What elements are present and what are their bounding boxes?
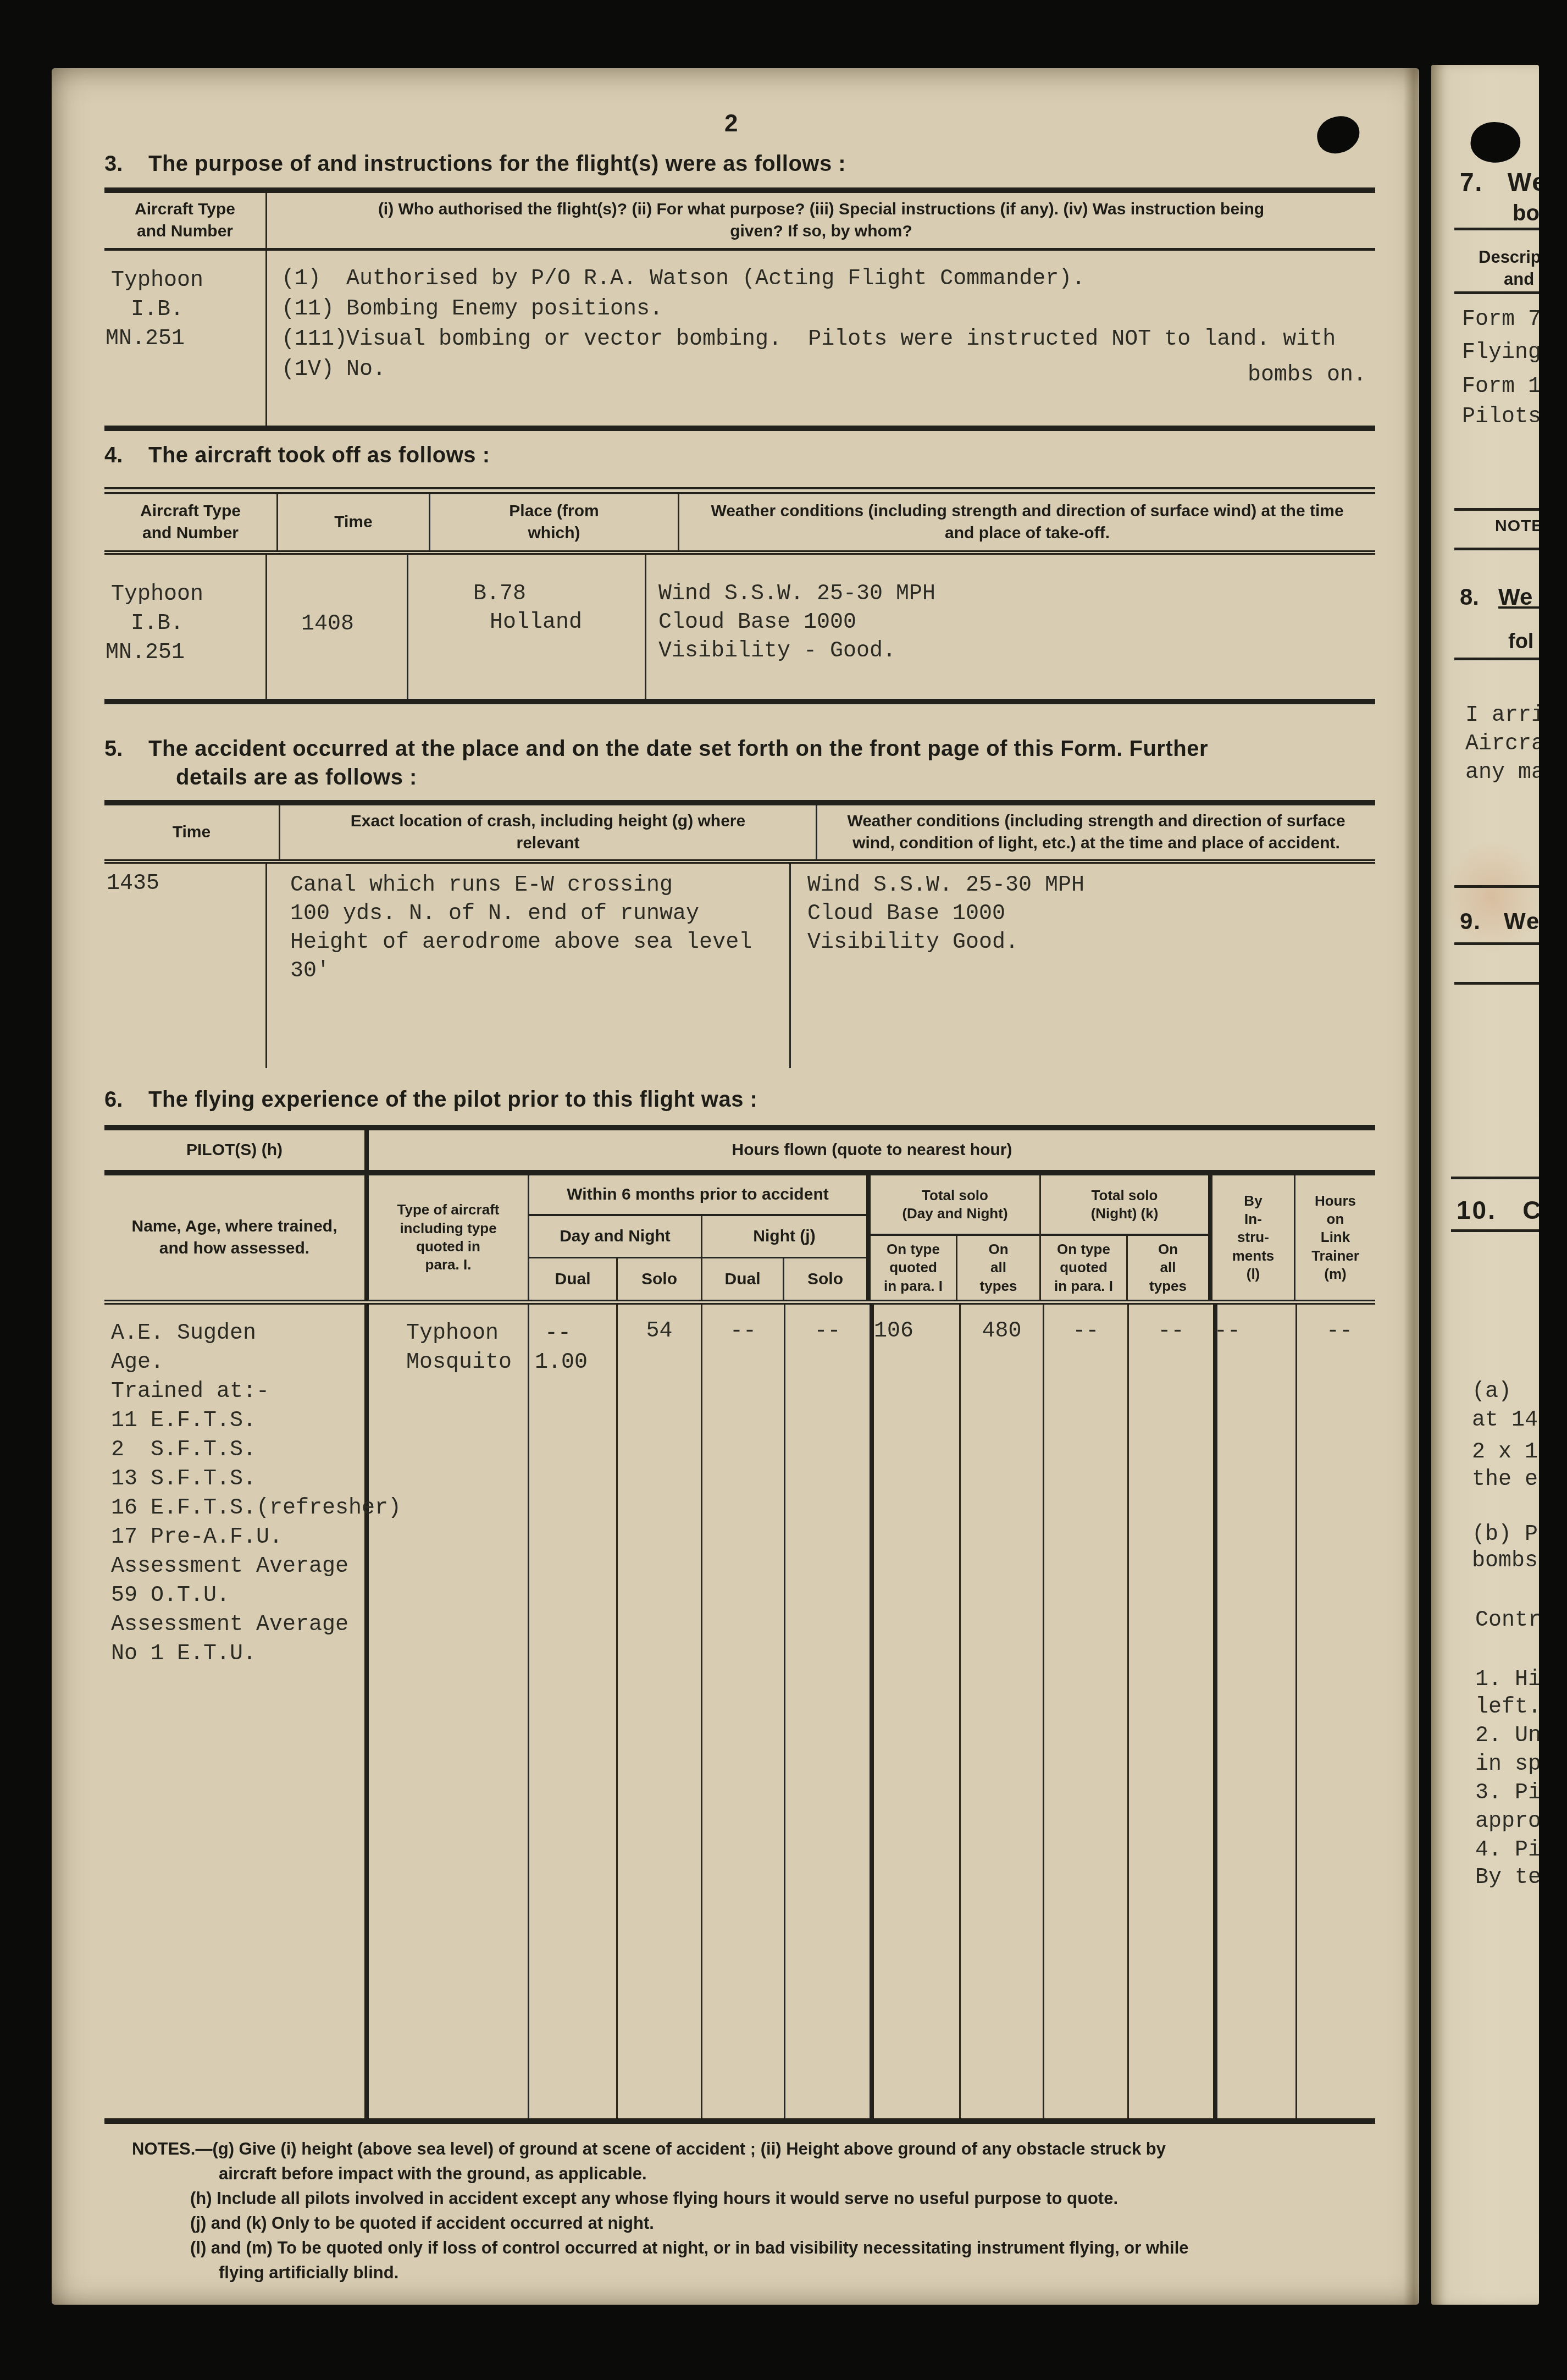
typed-fragment: Form 700 xyxy=(1462,306,1539,334)
adjacent-page-edge: 7. We ( bo Descripti and Form 700 Flying… xyxy=(1431,65,1539,2305)
section5-title-line2: details are as follows : xyxy=(176,765,417,790)
item9-fragment: 9. We ( xyxy=(1460,908,1539,935)
section4-table: Aircraft Type and Number Time Place (fro… xyxy=(104,487,1375,704)
item-text: Bombing Enemy positions. xyxy=(346,297,663,322)
night-dual-value: -- xyxy=(702,1305,785,2118)
section5-table-body: 1435 Canal which runs E-W crossing 100 y… xyxy=(104,864,1375,1068)
pilot-line: Age. xyxy=(104,1348,364,1377)
header-solo: Solo xyxy=(618,1258,701,1300)
section5-table-header: Time Exact location of crash, including … xyxy=(104,805,1375,864)
typed-fragment: (a) T xyxy=(1472,1378,1539,1406)
day-and-night-group: Day and Night Dual Solo xyxy=(529,1216,702,1300)
item-text: Visual bombing or vector bombing. Pilots… xyxy=(346,328,1336,352)
page-number: 2 xyxy=(724,110,738,137)
section5-number: 5. xyxy=(104,737,148,761)
location-line: 100 yds. N. of N. end of runway xyxy=(267,900,789,929)
section4-table-header: Aircraft Type and Number Time Place (fro… xyxy=(104,494,1375,555)
night-solo-value: -- xyxy=(785,1305,874,2118)
location-cell: Canal which runs E-W crossing 100 yds. N… xyxy=(267,864,791,1068)
item-tag: (111) xyxy=(281,328,346,352)
pilot-name-cell: A.E. Sugden Age. Trained at:- 11 E.F.T.S… xyxy=(104,1305,369,2118)
section4-heading: 4. The aircraft took off as follows : xyxy=(104,443,490,468)
aircraft-serial: MN.251 xyxy=(104,324,265,354)
rule xyxy=(1451,1177,1539,1179)
section6-title: The flying experience of the pilot prior… xyxy=(148,1087,757,1112)
typed-fragment: By tes xyxy=(1475,1864,1539,1892)
pilot-data-row: A.E. Sugden Age. Trained at:- 11 E.F.T.S… xyxy=(104,1305,1375,2118)
header-total-solo-night: Total solo (Night) (k) xyxy=(1041,1175,1208,1236)
location-line: 30' xyxy=(267,957,789,986)
header-hours-flown: Hours flown (quote to nearest hour) xyxy=(369,1130,1375,1170)
weather-line: Cloud Base 1000 xyxy=(646,609,1375,637)
within-6-months-group: Within 6 months prior to accident Day an… xyxy=(529,1175,871,1300)
night-group: Night (j) Dual Solo xyxy=(702,1216,866,1300)
header-name-age: Name, Age, where trained, and how assess… xyxy=(104,1175,369,1300)
header-dual: Dual xyxy=(529,1258,618,1300)
typed-fragment: 2 x 100 xyxy=(1472,1438,1539,1466)
pilot-line: No 1 E.T.U. xyxy=(104,1639,364,1669)
total-solo-night-group: Total solo (Night) (k) On type quoted in… xyxy=(1041,1175,1212,1300)
aircraft-mark: I.B. xyxy=(104,609,265,638)
header-type-of-aircraft: Type of aircraft including type quoted i… xyxy=(369,1175,529,1300)
header-on-all-types: On all types xyxy=(957,1236,1039,1300)
note-line: NOTES.—(g) Give (i) height (above sea le… xyxy=(132,2136,1336,2161)
item7-fragment: 7. We ( xyxy=(1460,167,1539,197)
section5-heading: 5. The accident occurred at the place an… xyxy=(104,737,1208,761)
section3-title: The purpose of and instructions for the … xyxy=(148,152,846,176)
rule xyxy=(1454,658,1539,660)
type-line: Typhoon xyxy=(369,1319,528,1348)
section4-number: 4. xyxy=(104,443,148,468)
header-on-type: On type quoted in para. I xyxy=(871,1236,957,1300)
typed-fragment: 1. His xyxy=(1475,1666,1539,1694)
typed-fragment: approac xyxy=(1475,1808,1539,1836)
pilot-line: 13 S.F.T.S. xyxy=(104,1465,364,1494)
typed-fragment: bombs) xyxy=(1472,1547,1539,1575)
pilot-line: 2 S.F.T.S. xyxy=(104,1435,364,1465)
rule xyxy=(1451,1229,1539,1232)
total-on-type-value: 106 xyxy=(874,1305,961,2118)
instruction-item: (111) Visual bombing or vector bombing. … xyxy=(281,328,1375,352)
weather-cell: Wind S.S.W. 25-30 MPH Cloud Base 1000 Vi… xyxy=(791,864,1375,1068)
typed-fragment: 3. Pilo xyxy=(1475,1779,1539,1807)
item8-underlined: We ( xyxy=(1498,584,1539,610)
dual-value: -- xyxy=(529,1319,616,1348)
header-time: Time xyxy=(104,805,280,859)
typed-fragment: in spi xyxy=(1475,1751,1539,1779)
typed-fragment: Aircraf xyxy=(1465,730,1539,758)
section6-number: 6. xyxy=(104,1087,148,1112)
accident-time: 1435 xyxy=(104,871,265,896)
pilot-line: A.E. Sugden xyxy=(104,1319,364,1348)
section5-table: Time Exact location of crash, including … xyxy=(104,800,1375,1068)
section5-title-line1: The accident occurred at the place and o… xyxy=(148,737,1208,761)
document-scan: { "page_number": "2", "s3": { "num": "3.… xyxy=(0,0,1567,2380)
section6-table: PILOT(S) (h) Hours flown (quote to neare… xyxy=(104,1125,1375,2124)
header-aircraft-type: Aircraft Type and Number xyxy=(104,193,267,248)
header-link-trainer: Hours on Link Trainer (m) xyxy=(1295,1175,1375,1300)
header-authorisation: (i) Who authorised the flight(s)? (ii) F… xyxy=(267,193,1375,248)
item10-fragment: 10. CO xyxy=(1457,1195,1539,1225)
header-solo: Solo xyxy=(784,1258,866,1300)
section3-number: 3. xyxy=(104,152,148,176)
description-header-fragment: and xyxy=(1504,269,1534,289)
typed-fragment: Form 157 xyxy=(1462,373,1539,401)
rule xyxy=(1454,982,1539,985)
place-line: B.78 xyxy=(408,580,645,609)
header-night-j: Night (j) xyxy=(702,1216,866,1258)
header-day-and-night: Day and Night xyxy=(529,1216,701,1258)
takeoff-time: 1408 xyxy=(267,580,407,637)
aircraft-serial: MN.251 xyxy=(104,638,265,667)
typed-fragment: (b) Pri xyxy=(1472,1521,1539,1549)
aircraft-type: Typhoon xyxy=(104,580,265,609)
pilots-hours-band: PILOT(S) (h) Hours flown (quote to neare… xyxy=(104,1130,1375,1175)
typed-fragment: left. xyxy=(1475,1693,1539,1721)
pilot-line: Trained at:- xyxy=(104,1377,364,1406)
aircraft-mark: I.B. xyxy=(104,295,265,324)
weather-line: Visibility Good. xyxy=(791,929,1375,957)
aircraft-cell: Typhoon I.B. MN.251 xyxy=(104,555,267,699)
pilot-line: 16 E.F.T.S.(refresher) xyxy=(104,1494,364,1523)
item-tag: (11) xyxy=(281,297,346,322)
note-line: flying artificially blind. xyxy=(132,2260,1336,2285)
time-cell: 1408 xyxy=(267,555,408,699)
note-line: (j) and (k) Only to be quoted if acciden… xyxy=(132,2211,1336,2235)
header-place: Place (from which) xyxy=(430,494,679,550)
header-within-6-months: Within 6 months prior to accident xyxy=(529,1175,866,1216)
header-aircraft-type: Aircraft Type and Number xyxy=(104,494,278,550)
rule xyxy=(1454,228,1539,230)
header-on-all-types: On all types xyxy=(1128,1236,1208,1300)
header-total-solo-day-night: Total solo (Day and Night) xyxy=(871,1175,1039,1236)
location-line: Canal which runs E-W crossing xyxy=(267,871,789,900)
section3-table: Aircraft Type and Number (i) Who authori… xyxy=(104,187,1375,431)
section3-heading: 3. The purpose of and instructions for t… xyxy=(104,152,846,176)
pilot-line: 59 O.T.U. xyxy=(104,1581,364,1610)
item-tag: (1V) xyxy=(281,358,346,382)
dual-cell: -- 1.00 xyxy=(529,1305,618,2118)
paper-stain xyxy=(1446,839,1539,954)
instruction-item: (1) Authorised by P/O R.A. Watson (Actin… xyxy=(281,267,1375,291)
typed-fragment: the edg xyxy=(1472,1466,1539,1494)
note-band-fragment: NOTE xyxy=(1495,517,1539,535)
weather-cell: Wind S.S.W. 25-30 MPH Cloud Base 1000 Vi… xyxy=(646,555,1375,699)
typed-fragment: I arriv xyxy=(1465,702,1539,730)
link-trainer-value: -- xyxy=(1304,1305,1375,2118)
column-header-band: Name, Age, where trained, and how assess… xyxy=(104,1175,1375,1305)
note-line: aircraft before impact with the ground, … xyxy=(132,2161,1336,2186)
item8-fragment-line2: fol xyxy=(1508,630,1533,654)
night-all-types-value: -- xyxy=(1129,1305,1217,2118)
typed-fragment: 2. Unkn xyxy=(1475,1722,1539,1750)
item-tag: (1) xyxy=(281,267,346,291)
weather-line: Visibility - Good. xyxy=(646,637,1375,666)
instruction-item: (11) Bombing Enemy positions. xyxy=(281,297,1375,322)
time-cell: 1435 xyxy=(104,864,267,1068)
by-instruments-value: -- xyxy=(1211,1305,1297,2118)
typed-fragment: 4. Pilo xyxy=(1475,1836,1539,1864)
item-text: No. xyxy=(346,358,386,382)
section4-title: The aircraft took off as follows : xyxy=(148,443,490,468)
place-line: Holland xyxy=(408,609,645,637)
weather-line: Cloud Base 1000 xyxy=(791,900,1375,929)
notes-block: NOTES.—(g) Give (i) height (above sea le… xyxy=(132,2136,1336,2285)
item-text: Authorised by P/O R.A. Watson (Acting Fl… xyxy=(346,267,1085,291)
weather-line: Wind S.S.W. 25-30 MPH xyxy=(646,580,1375,609)
header-on-type: On type quoted in para. I xyxy=(1041,1236,1128,1300)
note-line: (l) and (m) To be quoted only if loss of… xyxy=(132,2235,1336,2260)
total-solo-day-night-group: Total solo (Day and Night) On type quote… xyxy=(871,1175,1041,1300)
instruction-item: (1V) No. xyxy=(281,358,1375,382)
place-cell: B.78 Holland xyxy=(408,555,646,699)
typed-fragment: Pilots F xyxy=(1462,403,1539,431)
night-on-type-value: -- xyxy=(1044,1305,1129,2118)
header-crash-location: Exact location of crash, including heigh… xyxy=(280,805,817,859)
location-line: Height of aerodrome above sea level xyxy=(267,929,789,957)
aircraft-type: Typhoon xyxy=(104,266,265,295)
section4-table-body: Typhoon I.B. MN.251 1408 B.78 Holland Wi… xyxy=(104,555,1375,699)
header-weather: Weather conditions (including strength a… xyxy=(679,494,1375,550)
pilot-line: Assessment Average xyxy=(104,1610,364,1639)
pilot-line: 17 Pre-A.F.U. xyxy=(104,1523,364,1552)
total-all-types-value: 480 xyxy=(961,1305,1044,2118)
header-dual: Dual xyxy=(702,1258,784,1300)
fold-crease xyxy=(1404,68,1418,2305)
dual-value: 1.00 xyxy=(529,1348,616,1377)
rule xyxy=(1454,885,1539,888)
rule xyxy=(1454,508,1539,511)
pilot-line: 11 E.F.T.S. xyxy=(104,1406,364,1435)
rule xyxy=(1454,942,1539,945)
description-header-fragment: Descripti xyxy=(1479,247,1539,267)
weather-line: Wind S.S.W. 25-30 MPH xyxy=(791,871,1375,900)
typed-fragment: any mat xyxy=(1465,759,1539,787)
aircraft-cell: Typhoon I.B. MN.251 xyxy=(104,251,267,426)
typed-fragment: at 1435 xyxy=(1472,1406,1539,1434)
typed-fragment: Contrib xyxy=(1475,1606,1539,1634)
instructions-cell: (1) Authorised by P/O R.A. Watson (Actin… xyxy=(267,251,1375,426)
item8-fragment: 8. We ( xyxy=(1460,584,1539,610)
typed-fragment: Flying L xyxy=(1462,339,1539,367)
note-line: (h) Include all pilots involved in accid… xyxy=(132,2186,1336,2211)
header-time: Time xyxy=(278,494,430,550)
carryover-text: bombs on. xyxy=(1248,363,1366,388)
solo-value: 54 xyxy=(618,1305,702,2118)
rule xyxy=(1454,548,1539,550)
section3-table-header: Aircraft Type and Number (i) Who authori… xyxy=(104,193,1375,251)
header-weather: Weather conditions (including strength a… xyxy=(817,805,1375,859)
rule xyxy=(1454,291,1539,294)
pilot-line: Assessment Average xyxy=(104,1552,364,1581)
header-by-instruments: By In- stru- ments (l) xyxy=(1212,1175,1295,1300)
item8-number: 8. xyxy=(1460,584,1498,610)
section6-heading: 6. The flying experience of the pilot pr… xyxy=(104,1087,757,1112)
section3-table-body: Typhoon I.B. MN.251 (1) Authorised by P/… xyxy=(104,251,1375,426)
header-pilots: PILOT(S) (h) xyxy=(104,1130,369,1170)
type-line: Mosquito xyxy=(369,1348,528,1377)
item7-fragment-line2: bo xyxy=(1513,201,1539,226)
type-cell: Typhoon Mosquito xyxy=(369,1305,529,2118)
